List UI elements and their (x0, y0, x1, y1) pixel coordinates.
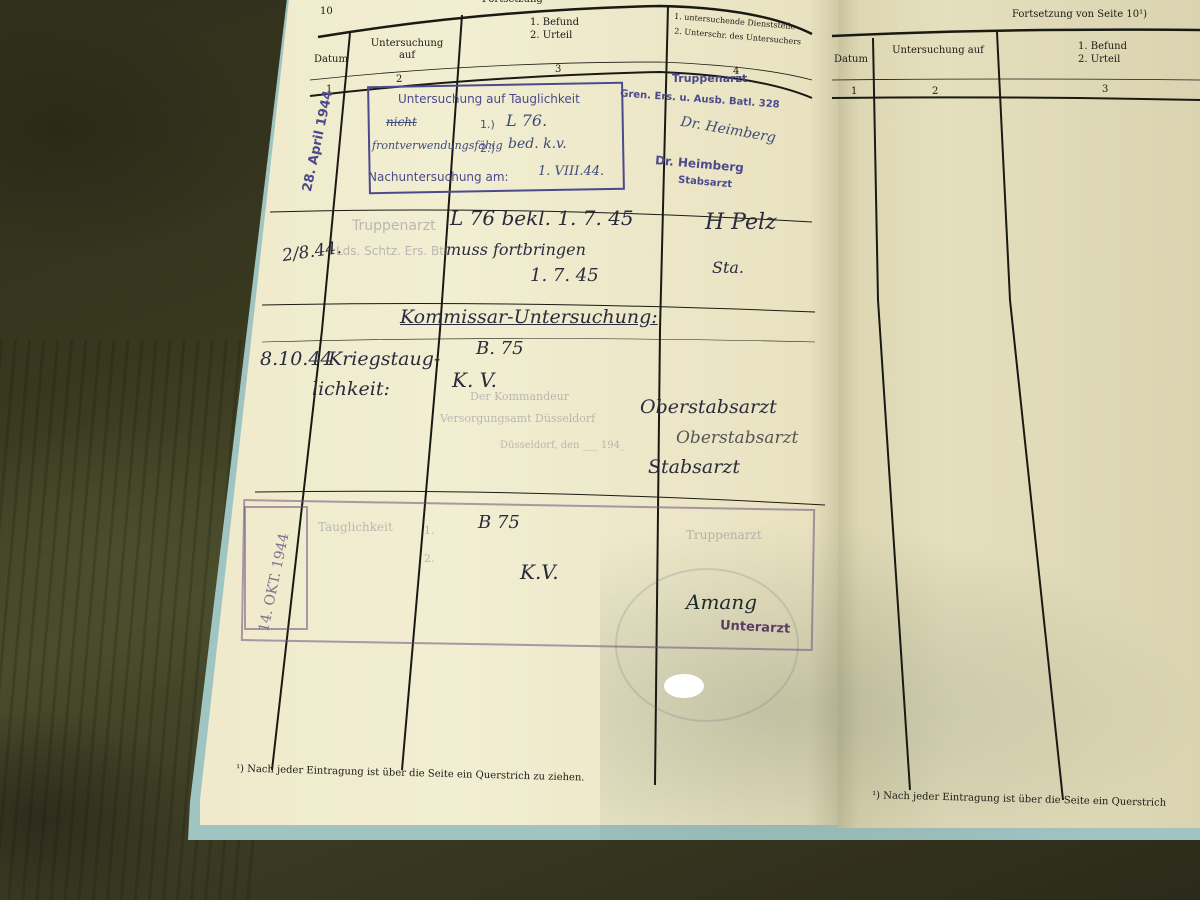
ghost-truppenarzt: Truppenarzt (352, 218, 436, 234)
right-col-header-untersuchung: Untersuchung auf (888, 45, 988, 57)
ghost-text-1: Der Kommandeur (470, 390, 569, 403)
entry4-item2-value: K.V. (520, 560, 559, 584)
stamp-label-tauglichkeit: Tauglichkeit (318, 520, 393, 534)
entry3-lichkeit: lichkeit: (312, 378, 390, 400)
item2-label: 2.) (480, 142, 495, 155)
col-header-datum: Datum (308, 54, 354, 66)
right-col-number-1: 1 (851, 86, 857, 97)
col-number-3: 3 (555, 64, 561, 75)
entry3-signature-3: Stabsarzt (648, 456, 740, 478)
item2-value: bed. k.v. (508, 136, 567, 152)
redaction-blot (664, 674, 704, 698)
entry3-date: 8.10.44 (260, 348, 333, 370)
handwritten-nicht: nicht (386, 115, 417, 129)
entry2-line3: 1. 7. 45 (530, 265, 599, 286)
right-continuation-title: Fortsetzung von Seite 10¹) (1012, 9, 1147, 20)
entry2-line2: muss fortbringen (446, 240, 586, 259)
round-seal-stamp (615, 568, 799, 722)
right-col-header-urteil: 2. Urteil (1078, 54, 1120, 66)
entry2-line1: L 76 bekl. 1. 7. 45 (450, 206, 634, 230)
right-col-number-2: 2 (932, 86, 938, 97)
ghost-text-2: Versorgungsamt Düsseldorf (440, 412, 595, 425)
item1-value: L 76. (506, 111, 547, 130)
entry3-kriegstaug: Kriegstaug- (328, 348, 440, 370)
ghost-unit: Lds. Schtz. Ers. Btl. (336, 244, 451, 258)
right-col-number-3: 3 (1102, 84, 1108, 95)
entry2-signature-rank: Sta. (712, 258, 744, 277)
entry3-urteil: K. V. (452, 368, 497, 392)
continuation-partial: Fortsetzung (482, 0, 543, 5)
ghost-text-3: Düsseldorf, den ___ 194_ (500, 440, 625, 451)
entry2-signature: H Pelz (705, 210, 777, 235)
entry3-signature-1: Oberstabsarzt (640, 396, 777, 418)
right-col-header-befund: 1. Befund (1078, 41, 1127, 53)
entry4-item1-value: B 75 (478, 512, 520, 533)
entry4-item1-label: 1. (424, 524, 435, 537)
col-header-befund: 1. Befund (530, 17, 579, 29)
col-header-urteil: 2. Urteil (530, 30, 572, 42)
col-header-untersuchung: Untersuchung auf (362, 38, 452, 62)
right-col-header-datum: Datum (830, 54, 872, 66)
truppenarzt-stamp: Truppenarzt (672, 72, 747, 85)
entry4-item2-label: 2. (424, 552, 435, 565)
entry3-befund: B. 75 (476, 338, 524, 359)
item1-label: 1.) (480, 118, 495, 131)
page-number: 10 (320, 6, 333, 17)
stamp-title: Untersuchung auf Tauglichkeit (398, 92, 580, 106)
entry4-faint-truppenarzt: Truppenarzt (686, 528, 762, 542)
col-number-2: 2 (396, 74, 402, 85)
reexam-label: Nachuntersuchung am: (368, 170, 509, 184)
kommissar-heading: Kommissar-Untersuchung: (400, 306, 658, 328)
reexam-value: 1. VIII.44. (538, 164, 604, 179)
entry3-signature-2: Oberstabsarzt (676, 428, 798, 448)
